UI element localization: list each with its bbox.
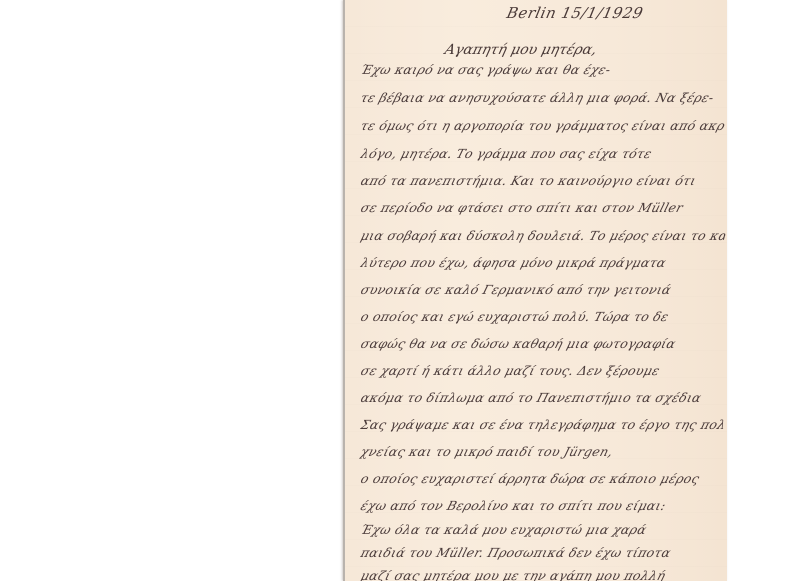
letter-line: χνείας και το μικρό παιδί του Jürgen,	[359, 444, 727, 459]
letter-line: λύτερο που έχω, άφησα μόνο μικρά πράγματ…	[359, 255, 727, 270]
letter-line: τε βέβαια να ανησυχούσατε άλλη μια φορά.…	[359, 90, 727, 105]
letter-line: σε χαρτί ή κάτι άλλο μαζί τους. Δεν ξέρο…	[359, 363, 727, 378]
letter-line: σαφώς θα να σε δώσω καθαρή μια φωτογραφί…	[359, 336, 727, 351]
letter-line: ακόμα το δίπλωμα από το Πανεπιστήμιο τα …	[359, 390, 727, 405]
letter-line: Έχω καιρό να σας γράψω και θα έχε-	[359, 62, 727, 77]
letter-line: από τα πανεπιστήμια. Και το καινούργιο ε…	[359, 173, 727, 188]
letter-line: ο οποίος και εγώ ευχαριστώ πολύ. Τώρα το…	[359, 309, 727, 324]
letter-line: μια σοβαρή και δύσκολη δουλειά. Το μέρος…	[359, 228, 727, 243]
letter-line: παιδιά του Müller. Προσωπικά δεν έχω τίπ…	[359, 545, 727, 560]
letter-page: Berlin 15/1/1929 Αγαπητή μου μητέρα, Έχω…	[343, 0, 727, 581]
letter-line: Σας γράψαμε και σε ένα τηλεγράφημα το έρ…	[359, 417, 727, 432]
letter-line: έχω από τον Βερολίνο και το σπίτι που εί…	[359, 498, 727, 513]
letter-line: σε περίοδο να φτάσει στο σπίτι και στον …	[359, 200, 727, 215]
letter-line: μαζί σας μητέρα μου με την αγάπη μου πολ…	[359, 568, 727, 581]
letter-date: Berlin 15/1/1929	[505, 4, 645, 22]
letter-line: λόγο, μητέρα. Το γράμμα που σας είχα τότ…	[359, 146, 727, 161]
letter-line: Έχω όλα τα καλά μου ευχαριστώ μια χαρά	[359, 522, 727, 537]
letter-line: τε όμως ότι η αργοπορία του γράμματος εί…	[359, 118, 727, 133]
letter-salutation: Αγαπητή μου μητέρα,	[443, 42, 598, 58]
letter-line: ο οποίος ευχαριστεί άρρητα δώρα σε κάποι…	[359, 471, 727, 486]
letter-line: συνοικία σε καλό Γερμανικό από την γειτο…	[359, 282, 727, 297]
